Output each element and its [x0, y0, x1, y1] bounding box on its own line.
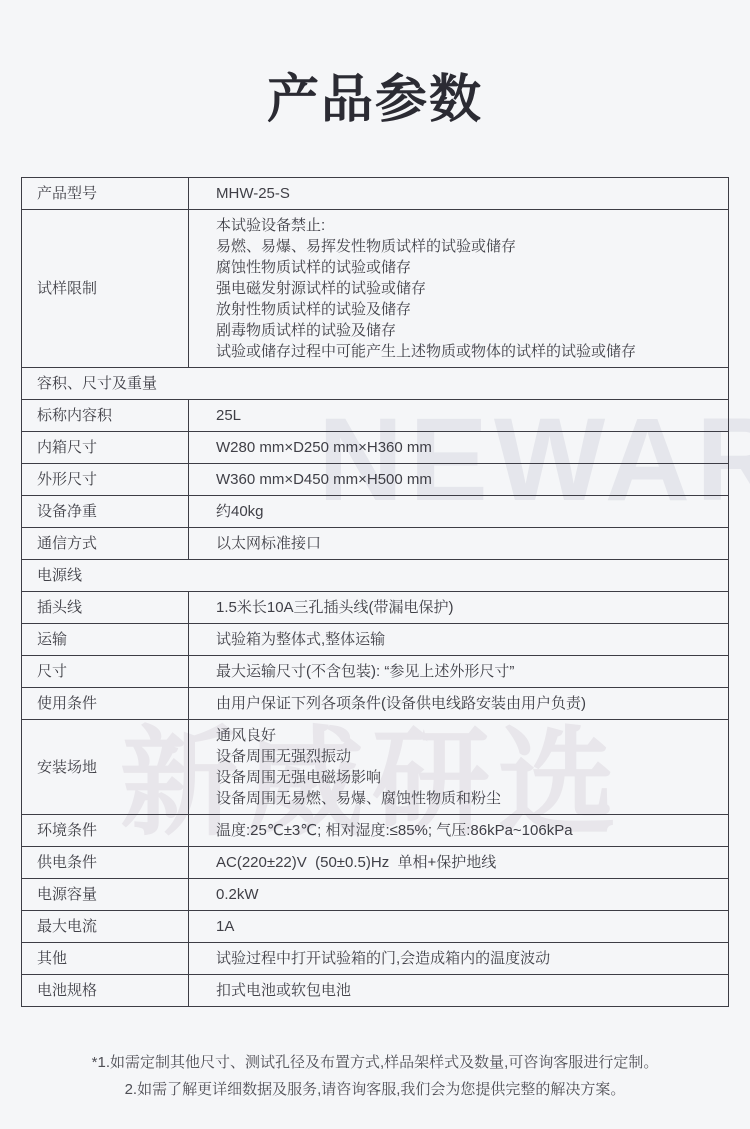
page-title: 产品参数 — [0, 0, 750, 133]
spec-value: 0.2kW — [189, 879, 728, 910]
table-row: 通信方式以太网标准接口 — [22, 527, 728, 559]
section-header-label: 电源线 — [22, 560, 728, 591]
table-row: 电池规格扣式电池或软包电池 — [22, 974, 728, 1006]
table-row: 环境条件温度:25℃±3℃; 相对湿度:≤85%; 气压:86kPa~106kP… — [22, 814, 728, 846]
spec-label: 设备净重 — [22, 496, 189, 527]
section-header-row: 电源线 — [22, 559, 728, 591]
spec-label: 使用条件 — [22, 688, 189, 719]
table-row: 插头线1.5米长10A三孔插头线(带漏电保护) — [22, 591, 728, 623]
spec-value: 温度:25℃±3℃; 相对湿度:≤85%; 气压:86kPa~106kPa — [189, 815, 728, 846]
spec-label: 通信方式 — [22, 528, 189, 559]
table-row: 试样限制本试验设备禁止: 易燃、易爆、易挥发性物质试样的试验或储存 腐蚀性物质试… — [22, 209, 728, 367]
spec-value: 1.5米长10A三孔插头线(带漏电保护) — [189, 592, 728, 623]
spec-label: 电源容量 — [22, 879, 189, 910]
spec-label: 内箱尺寸 — [22, 432, 189, 463]
table-row: 产品型号MHW-25-S — [22, 178, 728, 209]
spec-value: 由用户保证下列各项条件(设备供电线路安装由用户负责) — [189, 688, 728, 719]
table-row: 内箱尺寸W280 mm×D250 mm×H360 mm — [22, 431, 728, 463]
spec-value: AC(220±22)V (50±0.5)Hz 单相+保护地线 — [189, 847, 728, 878]
table-row: 最大电流1A — [22, 910, 728, 942]
spec-label: 供电条件 — [22, 847, 189, 878]
table-row: 设备净重约40kg — [22, 495, 728, 527]
spec-value: 以太网标准接口 — [189, 528, 728, 559]
table-row: 使用条件由用户保证下列各项条件(设备供电线路安装由用户负责) — [22, 687, 728, 719]
spec-value: 通风良好 设备周围无强烈振动 设备周围无强电磁场影响 设备周围无易燃、易爆、腐蚀… — [189, 720, 728, 814]
spec-value: 本试验设备禁止: 易燃、易爆、易挥发性物质试样的试验或储存 腐蚀性物质试样的试验… — [189, 210, 728, 367]
spec-label: 其他 — [22, 943, 189, 974]
spec-value: 约40kg — [189, 496, 728, 527]
footnotes: *1.如需定制其他尺寸、测试孔径及布置方式,样品架样式及数量,可咨询客服进行定制… — [0, 1049, 750, 1103]
spec-table-wrapper: 产品型号MHW-25-S试样限制本试验设备禁止: 易燃、易爆、易挥发性物质试样的… — [21, 177, 729, 1007]
spec-label: 试样限制 — [22, 210, 189, 367]
spec-label: 尺寸 — [22, 656, 189, 687]
table-row: 外形尺寸W360 mm×D450 mm×H500 mm — [22, 463, 728, 495]
footnote-line-2: 2.如需了解更详细数据及服务,请咨询客服,我们会为您提供完整的解决方案。 — [0, 1076, 750, 1103]
spec-value: 最大运输尺寸(不含包装): “参见上述外形尺寸” — [189, 656, 728, 687]
spec-value: 试验箱为整体式,整体运输 — [189, 624, 728, 655]
spec-label: 插头线 — [22, 592, 189, 623]
table-row: 电源容量0.2kW — [22, 878, 728, 910]
spec-label: 标称内容积 — [22, 400, 189, 431]
spec-label: 安装场地 — [22, 720, 189, 814]
spec-value: 试验过程中打开试验箱的门,会造成箱内的温度波动 — [189, 943, 728, 974]
spec-value: 25L — [189, 400, 728, 431]
spec-value: 扣式电池或软包电池 — [189, 975, 728, 1006]
table-row: 运输试验箱为整体式,整体运输 — [22, 623, 728, 655]
spec-table: 产品型号MHW-25-S试样限制本试验设备禁止: 易燃、易爆、易挥发性物质试样的… — [21, 177, 729, 1007]
table-row: 其他试验过程中打开试验箱的门,会造成箱内的温度波动 — [22, 942, 728, 974]
section-header-row: 容积、尺寸及重量 — [22, 367, 728, 399]
spec-label: 电池规格 — [22, 975, 189, 1006]
spec-label: 产品型号 — [22, 178, 189, 209]
spec-label: 外形尺寸 — [22, 464, 189, 495]
spec-value: W280 mm×D250 mm×H360 mm — [189, 432, 728, 463]
footnote-line-1: *1.如需定制其他尺寸、测试孔径及布置方式,样品架样式及数量,可咨询客服进行定制… — [0, 1049, 750, 1076]
spec-value: W360 mm×D450 mm×H500 mm — [189, 464, 728, 495]
table-row: 标称内容积25L — [22, 399, 728, 431]
table-row: 安装场地通风良好 设备周围无强烈振动 设备周围无强电磁场影响 设备周围无易燃、易… — [22, 719, 728, 814]
table-row: 尺寸最大运输尺寸(不含包装): “参见上述外形尺寸” — [22, 655, 728, 687]
table-row: 供电条件AC(220±22)V (50±0.5)Hz 单相+保护地线 — [22, 846, 728, 878]
section-header-label: 容积、尺寸及重量 — [22, 368, 728, 399]
spec-label: 最大电流 — [22, 911, 189, 942]
spec-label: 环境条件 — [22, 815, 189, 846]
spec-value: MHW-25-S — [189, 178, 728, 209]
spec-label: 运输 — [22, 624, 189, 655]
spec-value: 1A — [189, 911, 728, 942]
